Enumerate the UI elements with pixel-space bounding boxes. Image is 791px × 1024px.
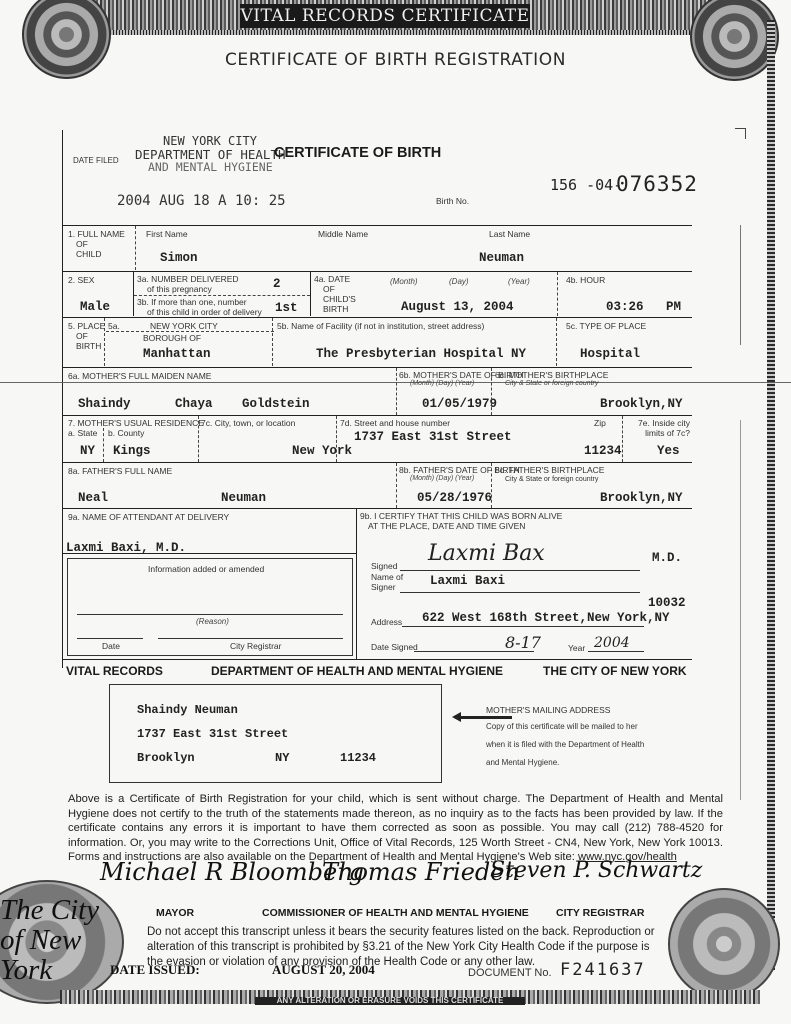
vital-records-banner: VITAL RECORDS CERTIFICATE [240, 4, 530, 28]
row-divider [62, 225, 692, 226]
mailing-note-1: Copy of this certificate will be mailed … [486, 722, 638, 731]
footer-vital-records: VITAL RECORDS [66, 664, 163, 678]
row-divider [62, 415, 692, 416]
month-label: (Month) [390, 277, 418, 286]
arrow-left-icon [460, 716, 512, 719]
col-divider [272, 318, 273, 366]
alteration-warning-banner: ANY ALTERATION OR ERASURE VOIDS THIS CER… [255, 997, 525, 1005]
address-line [402, 626, 644, 627]
birth-no-prefix: 156 -04- [550, 176, 622, 194]
reason-line [77, 614, 343, 615]
last-name-label: Last Name [489, 229, 530, 239]
stamp-line-3: AND MENTAL HYGIENE [148, 160, 273, 174]
borough-value: Manhattan [143, 347, 211, 361]
attendant-label: 9a. NAME OF ATTENDANT AT DELIVERY [68, 512, 229, 522]
row-divider [62, 317, 692, 318]
inside-city-value: Yes [657, 444, 680, 458]
father-last-name: Neuman [221, 491, 266, 505]
arrow-head-icon [452, 712, 461, 722]
date-signed-label: Date Signed [371, 642, 418, 652]
signed-label: Signed [371, 561, 397, 571]
hour-value: 03:26 [606, 300, 644, 314]
address-label: Address [371, 617, 402, 627]
commissioner-title: COMMISSIONER OF HEALTH AND MENTAL HYGIEN… [262, 907, 529, 919]
first-name-label: First Name [146, 229, 188, 239]
col-divider [396, 463, 397, 508]
date-of-birth-value: August 13, 2004 [401, 300, 514, 314]
hour-label: 4b. HOUR [566, 275, 605, 285]
order-of-delivery-label: 3b. If more than one, number of this chi… [137, 297, 262, 317]
type-of-place-value: Hospital [580, 347, 640, 361]
mother-first-name: Shaindy [78, 397, 131, 411]
col-divider [310, 272, 311, 316]
place-of-birth-label: 5. PLACE OF BIRTH [68, 321, 105, 351]
address-zip: 10032 [648, 596, 686, 610]
father-birthplace: Brooklyn,NY [600, 491, 683, 505]
father-dob: 05/28/1976 [417, 491, 492, 505]
year-line [588, 651, 644, 652]
inside-city-label: 7e. Inside city limits of 7c? [624, 418, 690, 438]
attendant-signature: Laxmi Bax [428, 541, 545, 566]
border-rail [95, 30, 735, 35]
col-divider [396, 368, 397, 415]
full-name-label: 1. FULL NAME OF CHILD [68, 229, 125, 259]
date-filed-label: DATE FILED [73, 156, 119, 166]
row-divider [62, 367, 692, 368]
amend-date-label: Date [102, 641, 120, 651]
corner-mark [735, 128, 746, 139]
footer-department: DEPARTMENT OF HEALTH AND MENTAL HYGIENE [211, 664, 503, 678]
form-left-border [62, 130, 63, 668]
number-delivered-value: 2 [273, 277, 281, 291]
city-label: 7c. City, town, or location [201, 418, 295, 428]
amend-registrar-label: City Registrar [230, 641, 281, 651]
col-divider [556, 318, 557, 366]
date-issued-value: AUGUST 20, 2004 [272, 962, 375, 978]
father-first-name: Neal [78, 491, 108, 505]
facility-value: The Presbyterian Hospital NY [316, 347, 526, 361]
city-value: New York [292, 444, 352, 458]
col-divider [557, 272, 558, 316]
col-divider [135, 226, 136, 270]
md-suffix: M.D. [652, 551, 682, 565]
date-filed-stamp: 2004 AUG 18 A 10: 25 [117, 193, 286, 209]
col-divider [198, 416, 199, 462]
mailing-zip: 11234 [340, 751, 376, 765]
day-label: (Day) [449, 277, 469, 286]
stamp-line-1: NEW YORK CITY [163, 134, 257, 148]
child-last-name: Neuman [479, 251, 524, 265]
frame-line [740, 225, 741, 345]
document-no-label: DOCUMENT No. [468, 967, 552, 979]
document-no: F241637 [560, 960, 646, 980]
row-divider [62, 462, 692, 463]
mother-name-label: 6a. MOTHER'S FULL MAIDEN NAME [68, 371, 211, 381]
father-name-label: 8a. FATHER'S FULL NAME [68, 466, 172, 476]
residence-label: 7. MOTHER'S USUAL RESIDENCE [68, 418, 204, 428]
row-divider [134, 295, 310, 296]
street-value: 1737 East 31st Street [354, 430, 512, 444]
health-dept-seal-icon [668, 888, 780, 1000]
date-line [77, 638, 143, 639]
certificate-notice-paragraph: Above is a Certificate of Birth Registra… [68, 792, 723, 865]
mailing-state: NY [275, 751, 289, 765]
year-label: (Year) [508, 277, 530, 286]
state-value: NY [80, 444, 95, 458]
row-divider [106, 331, 274, 332]
frame-line [740, 420, 741, 800]
borough-label-a: 5a. [108, 321, 120, 331]
sex-label: 2. SEX [68, 275, 94, 285]
number-delivered-label: 3a. NUMBER DELIVERED of this pregnancy [137, 274, 239, 294]
facility-label: 5b. Name of Facility (if not in institut… [277, 321, 484, 331]
ornamental-border-right [767, 20, 775, 970]
father-birthplace-label: 8c. FATHER'S BIRTHPLACE [495, 465, 604, 475]
zip-label: Zip [594, 418, 606, 428]
state-label: a. State [68, 428, 97, 438]
hour-ampm: PM [666, 300, 681, 314]
registrar-title: CITY REGISTRAR [556, 907, 644, 919]
type-of-place-label: 5c. TYPE OF PLACE [566, 321, 646, 331]
signer-name-label: Name of Signer [371, 572, 403, 592]
row-divider [62, 553, 356, 554]
col-divider [491, 463, 492, 508]
mailing-city: Brooklyn [137, 751, 195, 765]
signer-address: 622 West 168th Street,New York,NY [422, 611, 670, 625]
mother-birthplace-sub: City & State or foreign country [505, 380, 598, 387]
mother-dob: 01/05/1979 [422, 397, 497, 411]
col-divider [356, 509, 357, 659]
county-label: b. County [108, 428, 144, 438]
father-birthplace-sub: City & State or foreign country [505, 475, 598, 485]
col-divider [103, 428, 104, 462]
mailing-name: Shaindy Neuman [137, 703, 238, 717]
row-divider [62, 271, 692, 272]
birth-no: 076352 [616, 172, 698, 196]
mailing-note-3: and Mental Hygiene. [486, 758, 559, 767]
borough-label-line2: BOROUGH OF [143, 333, 201, 343]
row-divider [62, 508, 692, 509]
signature-line [400, 570, 640, 571]
year-signed-label: Year [568, 643, 585, 653]
seal-left-text: The City of New York [0, 895, 120, 985]
mother-last-name: Goldstein [242, 397, 310, 411]
row-divider [62, 659, 692, 660]
registrar-signature: Steven P. Schwartz [490, 858, 702, 883]
col-divider [622, 416, 623, 462]
mother-birthplace-label: 6c. MOTHER'S BIRTHPLACE [495, 370, 608, 380]
footer-city: THE CITY OF NEW YORK [543, 664, 687, 678]
child-first-name: Simon [160, 251, 198, 265]
street-label: 7d. Street and house number [340, 418, 450, 428]
birth-no-label: Birth No. [436, 196, 469, 206]
col-divider [133, 272, 134, 316]
mother-dob-sub: (Month) (Day) (Year) [410, 380, 474, 387]
signer-name-line [400, 592, 640, 593]
form-title: CERTIFICATE OF BIRTH [274, 145, 441, 161]
year-signed: 2004 [594, 635, 630, 651]
date-issued-label: DATE ISSUED: [110, 962, 200, 978]
mayor-title: MAYOR [156, 907, 194, 919]
county-value: Kings [113, 444, 151, 458]
zip-value: 11234 [584, 444, 622, 458]
mother-middle-name: Chaya [175, 397, 213, 411]
page-title: CERTIFICATE OF BIRTH REGISTRATION [0, 50, 791, 70]
mailing-street: 1737 East 31st Street [137, 727, 288, 741]
date-signed: 8-17 [505, 633, 541, 652]
certificate-page: VITAL RECORDS CERTIFICATE CERTIFICATE OF… [0, 0, 791, 1024]
order-of-delivery-value: 1st [275, 301, 298, 315]
col-divider [104, 318, 105, 366]
mother-birthplace: Brooklyn,NY [600, 397, 683, 411]
mailing-note-2: when it is filed with the Department of … [486, 740, 644, 749]
reason-label: (Reason) [196, 617, 229, 626]
col-divider [336, 416, 337, 462]
sex-value: Male [80, 300, 110, 314]
signer-name: Laxmi Baxi [430, 574, 505, 588]
certify-label: 9b. I CERTIFY THAT THIS CHILD WAS BORN A… [360, 511, 562, 531]
registrar-line [158, 638, 343, 639]
col-divider [491, 368, 492, 415]
middle-name-label: Middle Name [318, 229, 368, 239]
date-of-birth-label: 4a. DATE OF CHILD'S BIRTH [314, 274, 356, 314]
mailing-title: MOTHER'S MAILING ADDRESS [486, 705, 610, 715]
father-dob-sub: (Month) (Day) (Year) [410, 475, 474, 482]
amendment-title: Information added or amended [148, 564, 264, 574]
borough-label-line1: NEW YORK CITY [150, 321, 218, 331]
